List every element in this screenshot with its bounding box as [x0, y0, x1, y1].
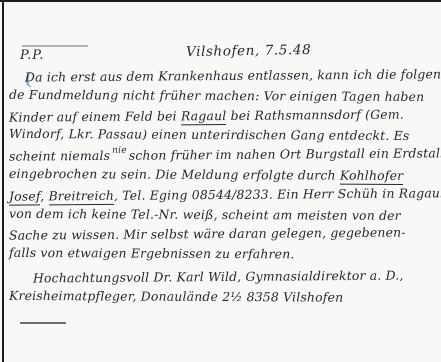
handwritten-line: Josef, Breitreich, Tel. Eging 08544/8233… [9, 185, 437, 208]
scan-smudge [260, 26, 266, 29]
scan-edge-left [2, 0, 4, 362]
line-text: bei Rathsmannsdorf (Gem. [226, 106, 404, 122]
handwritten-line: eingebrochen zu sein. Die Meldung erfolg… [9, 166, 437, 188]
underlined-word: Ragaul [181, 108, 227, 125]
line-text: von dem ich keine Tel.-Nr. weiß, scheint… [9, 205, 401, 222]
underlined-word: Josef [9, 188, 40, 205]
line-text: Sache zu wissen. Mir selbst wäre daran g… [9, 225, 406, 243]
handwritten-line: scheint niemalsnieschon früher im nahen … [9, 146, 437, 169]
line-text: Hochachtungsvoll Dr. Karl Wild, Gymnasia… [33, 268, 404, 286]
closing-underline-mark [20, 322, 66, 324]
handwritten-line: Hochachtungsvoll Dr. Karl Wild, Gymnasia… [9, 267, 437, 290]
line-text: schon früher im nahen Ort Burgstall ein … [129, 145, 441, 162]
line-text: , [40, 188, 48, 203]
letter-body: Da ich erst aus dem Krankenhaus entlasse… [9, 68, 437, 309]
line-text: de Fundmeldung nicht früher machen: Vor … [9, 87, 424, 104]
line-text: Kreisheimatpfleger, Donaulände 2½ 8358 V… [9, 288, 343, 305]
handwritten-line: de Fundmeldung nicht früher machen: Vor … [9, 87, 437, 109]
handwritten-line: falls von etwaigen Ergebnissen zu erfahr… [9, 245, 437, 267]
handwritten-line: Da ich erst aus dem Krankenhaus entlasse… [9, 66, 437, 89]
handwritten-line: Kreisheimatpfleger, Donaulände 2½ 8358 V… [9, 288, 437, 310]
scan-smudge [115, 8, 124, 11]
place-and-date: Vilshofen, 7.5.48 [186, 42, 312, 60]
scan-edge-top [0, 0, 441, 2]
inserted-word: nie [112, 146, 127, 156]
line-text: Windorf, Lkr. Passau) einen unterirdisch… [9, 126, 410, 143]
line-text: Kinder auf einem Feld bei [9, 108, 181, 124]
pencil-rule [22, 45, 88, 47]
underlined-word: Breitreich [48, 188, 114, 205]
line-text: falls von etwaigen Ergebnissen zu erfahr… [9, 245, 295, 261]
scanned-letter-page: P.P. Vilshofen, 7.5.48 ( Da ich erst aus… [0, 0, 441, 362]
line-text: eingebrochen zu sein. Die Meldung erfolg… [9, 166, 340, 183]
line-text: , Tel. Eging 08544/8233. Ein Herr Schüh … [114, 185, 441, 203]
underlined-word: Kohlhofer [340, 168, 404, 185]
salutation: P.P. [20, 48, 45, 63]
line-text: scheint niemals [9, 148, 110, 164]
line-text: Da ich erst aus dem Krankenhaus entlasse… [25, 66, 441, 84]
